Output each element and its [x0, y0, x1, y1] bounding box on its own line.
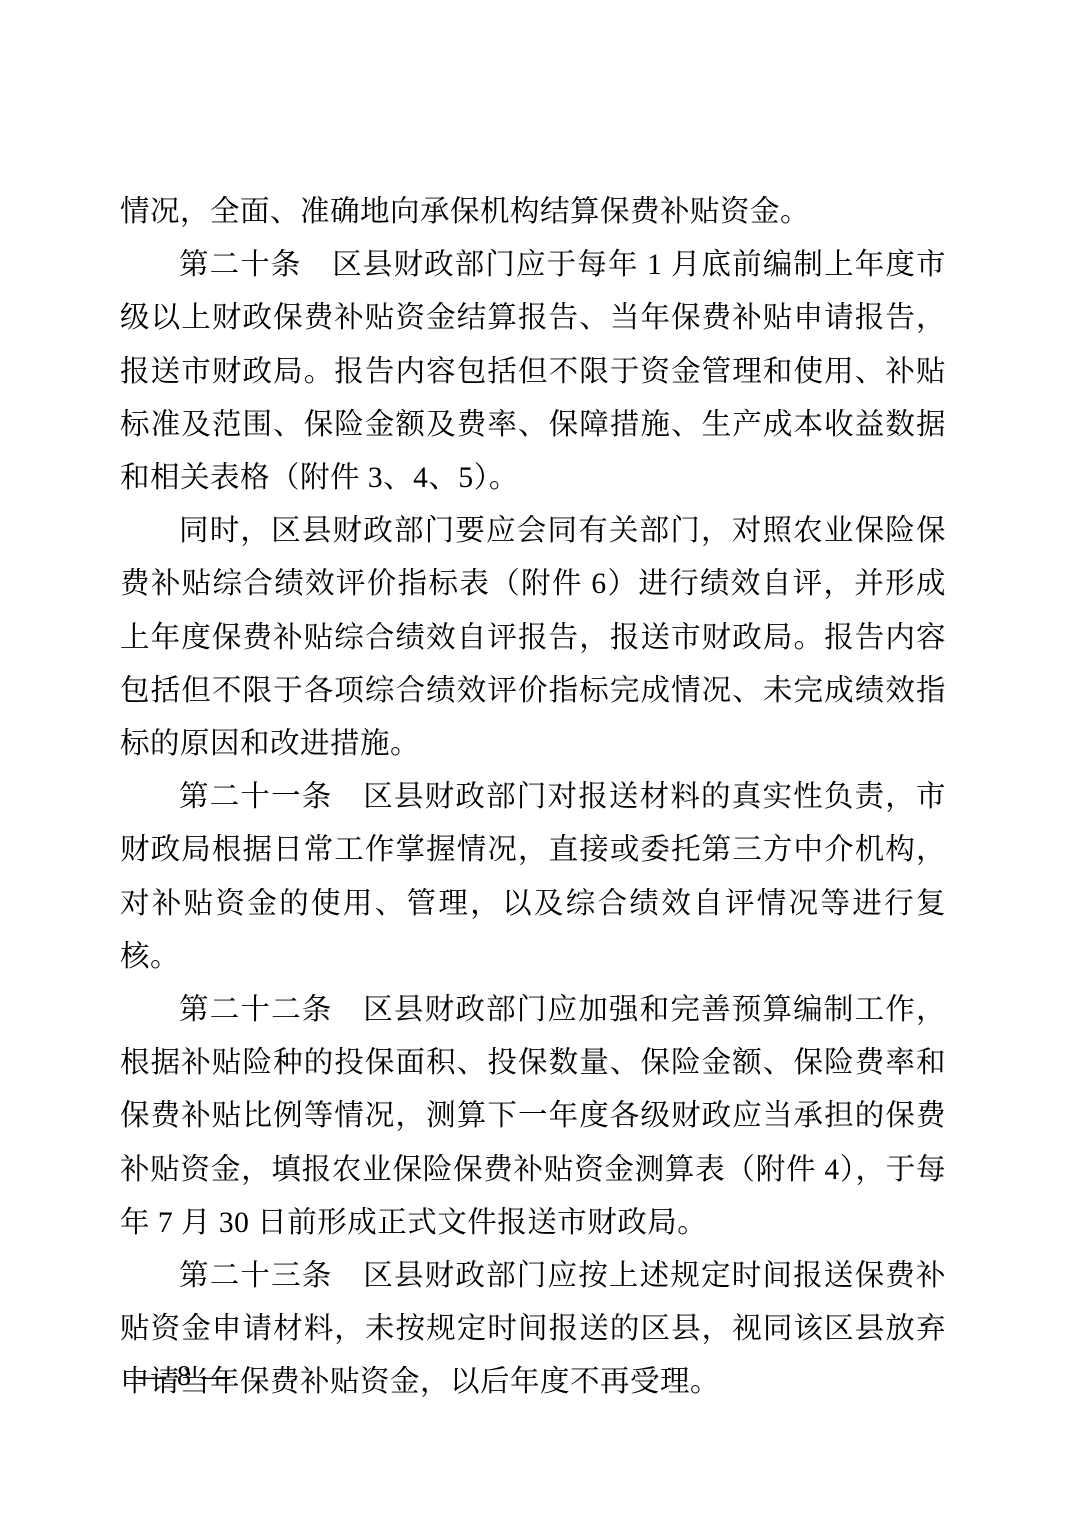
paragraph-article-20: 第二十条 区县财政部门应于每年 1 月底前编制上年度市级以上财政保费补贴资金结算… [120, 239, 946, 505]
paragraph-article-20-supplement: 同时，区县财政部门要应会同有关部门，对照农业保险保费补贴综合绩效评价指标表（附件… [120, 505, 946, 771]
paragraph-article-22: 第二十二条 区县财政部门应加强和完善预算编制工作，根据补贴险种的投保面积、投保数… [120, 984, 946, 1250]
paragraph-article-21: 第二十一条 区县财政部门对报送材料的真实性负责，市财政局根据日常工作掌握情况，直… [120, 771, 946, 984]
page-number: — 8 — [138, 1361, 232, 1392]
document-body: 情况，全面、准确地向承保机构结算保费补贴资金。 第二十条 区县财政部门应于每年 … [120, 186, 946, 1410]
paragraph-article-23: 第二十三条 区县财政部门应按上述规定时间报送保费补贴资金申请材料，未按规定时间报… [120, 1250, 946, 1410]
document-page: 情况，全面、准确地向承保机构结算保费补贴资金。 第二十条 区县财政部门应于每年 … [0, 0, 1074, 1520]
page-footer: — 8 — [138, 1352, 232, 1402]
paragraph-continuation: 情况，全面、准确地向承保机构结算保费补贴资金。 [120, 186, 946, 239]
